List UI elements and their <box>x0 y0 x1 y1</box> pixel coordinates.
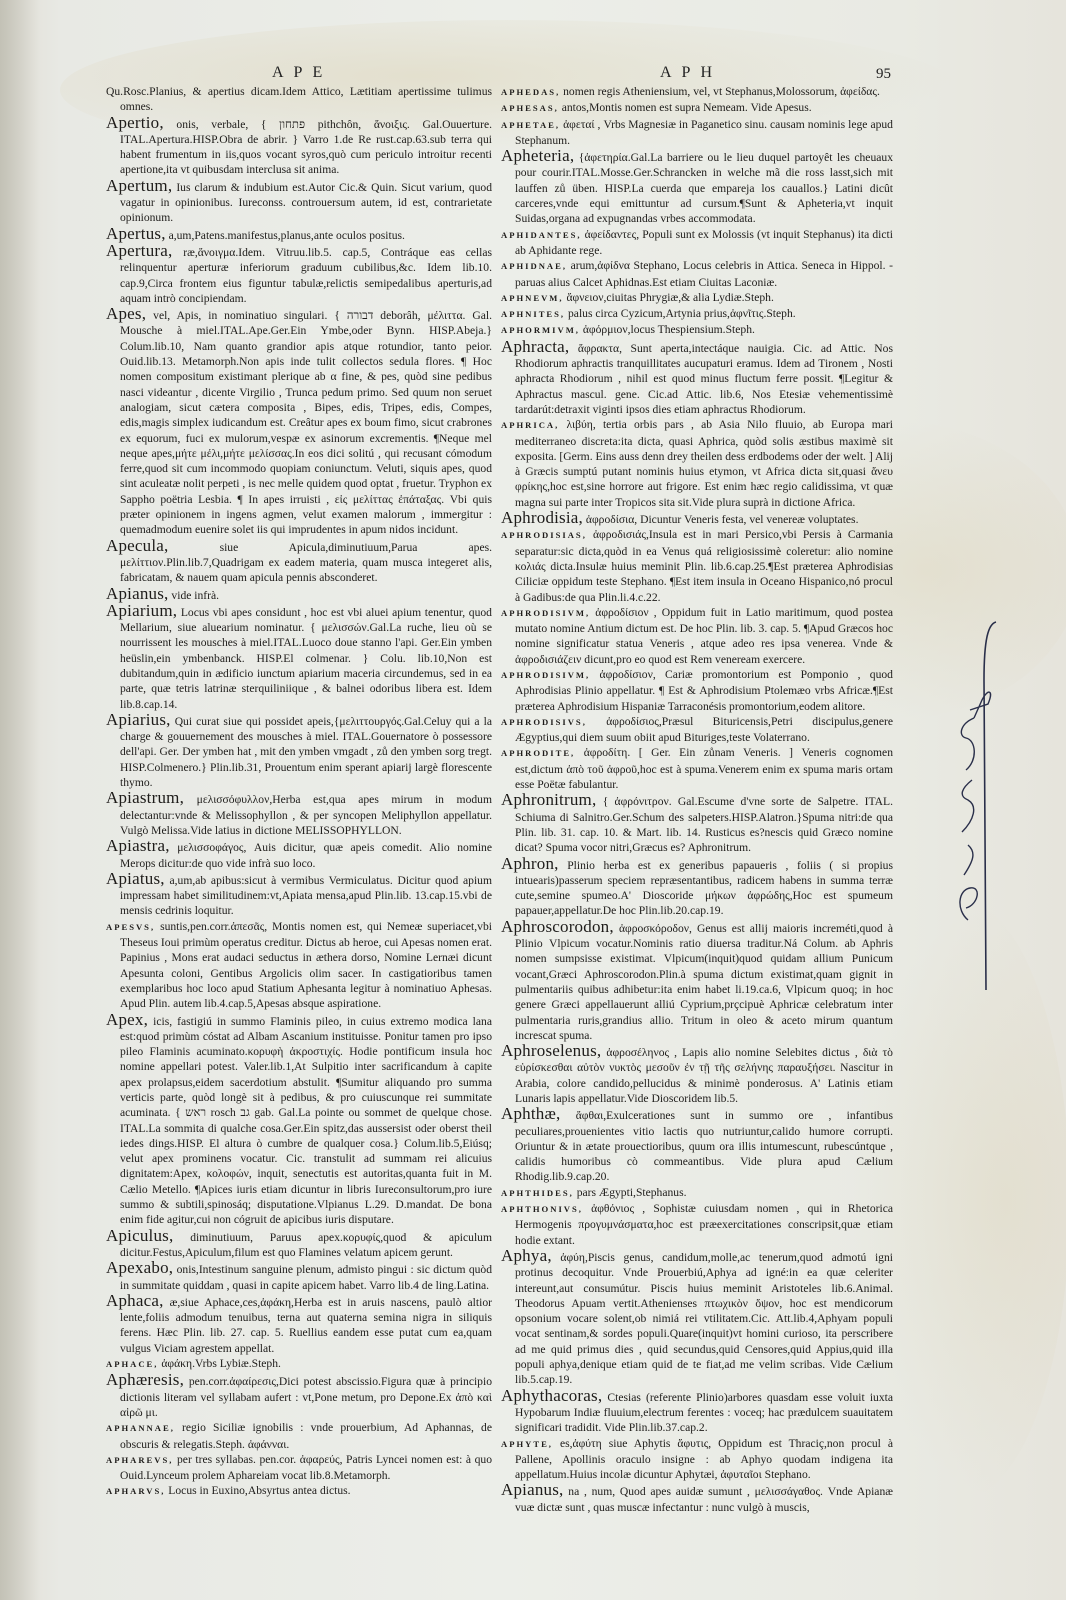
entry-text: regio Siciliæ ignobilis : vnde prouerbiu… <box>120 1421 492 1450</box>
dictionary-entry: Aphrodisia, ἀφροδίσια, Dicuntur Veneris … <box>501 510 893 527</box>
entry-text: λιβύη, tertia orbis pars , ab Asia Nilo … <box>515 418 893 508</box>
entry-text: vide infrà. <box>171 589 219 602</box>
entry-headword: Aphracta, <box>501 337 569 356</box>
entry-headword: APHIDNAE, <box>501 261 567 271</box>
dictionary-entry: APHRODISIVS, ἀφροδίσιος,Præsul Bituricen… <box>501 714 893 746</box>
entry-text: icis, fastigiú in summo Flaminis pileo, … <box>120 1015 492 1227</box>
entry-headword: Apes, <box>106 304 146 323</box>
entry-headword: APHORMIVM, <box>501 325 580 335</box>
entry-text: arum,ἀφίδνα Stephano, Locus celebris in … <box>515 259 893 288</box>
dictionary-entry: Apiatus, a,um,ab apibus:sicut à vermibus… <box>106 871 492 919</box>
entry-text: μελισσοφάγος, Auis dicitur, quæ apeis co… <box>120 841 492 869</box>
entry-headword: APHANNAE, <box>106 1423 175 1433</box>
dictionary-entry: Apiastra, μελισσοφάγος, Auis dicitur, qu… <box>106 838 492 871</box>
entry-text: diminutiuum, Paruus apex.κορυφίς,quod & … <box>120 1231 492 1259</box>
dictionary-entry: APHIDNAE, arum,ἀφίδνα Stephano, Locus ce… <box>501 258 893 290</box>
entry-headword: APHRODISIVM, <box>501 670 590 680</box>
entry-headword: Aphya, <box>501 1246 552 1265</box>
entry-headword: APHESAS, <box>501 103 559 113</box>
entry-headword: APHIDANTES, <box>501 230 582 240</box>
entry-text: antos,Montis nomen est supra Nemeam. Vid… <box>562 101 812 114</box>
entry-headword: APHRODISIVS, <box>501 717 587 727</box>
entry-text: Locus vbi apes considunt , hoc est vbi a… <box>120 606 492 711</box>
entry-headword: APHRODISIAS, <box>501 530 587 540</box>
entry-text: ἄφνειον,ciuitas Phrygiæ,& alia Lydiæ.Ste… <box>566 291 773 304</box>
entry-headword: APHRICA, <box>501 420 559 430</box>
dictionary-entry: Aphron, Plinio herba est ex generibus pa… <box>501 856 893 919</box>
entry-text: ἄφρακτα, Sunt aperta,intectáque nauigia.… <box>515 342 893 416</box>
entry-text: ἀφροσκόροδον, Genus est allij maioris in… <box>515 922 893 1042</box>
dictionary-entry: APHNEVM, ἄφνειον,ciuitas Phrygiæ,& alia … <box>501 290 893 306</box>
entry-headword: APHRODISIVM, <box>501 608 590 618</box>
dictionary-entry: Apiastrum, μελισσόφυλλον,Herba est,qua a… <box>106 790 492 838</box>
entry-text: na , num, Quod apes auidæ sumunt , μελισ… <box>515 1485 893 1513</box>
dictionary-entry: Apertio, onis, verbale, { פתחון pithchôn… <box>106 115 492 178</box>
dictionary-entry: APHARVS, Locus in Euxino,Absyrtus antea … <box>106 1483 492 1499</box>
running-head-right: APH <box>660 64 722 82</box>
entry-headword: APHTHONIVS, <box>501 1204 583 1214</box>
dictionary-entry: APESVS, suntis,pen.corr.ἀπεσᾶς, Montis n… <box>106 919 492 1012</box>
entry-headword: Apiarium, <box>106 601 177 620</box>
entry-headword: Apiastrum, <box>106 788 184 807</box>
entry-headword: Apianus, <box>501 1480 564 1499</box>
entry-text: a,um,ab apibus:sicut à vermibus Vermicul… <box>120 874 492 918</box>
entry-text: Plinio herba est ex generibus papaueris … <box>515 859 893 918</box>
dictionary-entry: APHNITES, palus circa Cyzicum,Artynia pr… <box>501 306 893 322</box>
entry-headword: Aphroselenus, <box>501 1041 601 1060</box>
entry-headword: Apianus, <box>106 584 169 603</box>
dictionary-entry: APHTHIDES, pars Ægypti,Stephanus. <box>501 1185 893 1201</box>
entry-headword: Apertus, <box>106 224 166 243</box>
dictionary-entry: APHAREVS, per tres syllabas. pen.cor. ἀφ… <box>106 1452 492 1484</box>
dictionary-entry: APHYTE, es,ἀφύτη siue Aphytis ἄφυτις, Op… <box>501 1436 893 1483</box>
dictionary-entry: Aphthæ, ἄφθαι,Exulcerationes sunt in sum… <box>501 1106 893 1184</box>
entry-headword: Apiatus, <box>106 869 165 888</box>
entry-headword: APHACE, <box>106 1359 158 1369</box>
entry-headword: Apiculus, <box>106 1226 173 1245</box>
dictionary-entry: Apertura, ræ,ἄνοιγμα.Idem. Vitruu.lib.5.… <box>106 243 492 306</box>
entry-headword: APHEDAS, <box>501 87 560 97</box>
entry-headword: Apertum, <box>106 176 172 195</box>
entry-text: Qui curat siue qui possidet apeis,{μελιτ… <box>120 715 492 789</box>
dictionary-entry: APHRODISIAS, ἀφροδισιάς,Insula est in ma… <box>501 527 893 604</box>
entry-text: onis, verbale, { פתחון pithchôn, ἄνοιξις… <box>120 118 492 177</box>
dictionary-entry: Aphaca, æ,siue Aphace,ces,ἀφάκη,Herba es… <box>106 1293 492 1356</box>
dictionary-entry: Apexabo, onis,Intestinum sanguine plenum… <box>106 1260 492 1293</box>
entry-headword: Aphthæ, <box>501 1104 561 1123</box>
right-column: APHEDAS, nomen regis Atheniensium, vel, … <box>501 84 893 1515</box>
entry-headword: Aphrodisia, <box>501 508 583 527</box>
dictionary-entry: Apianus, na , num, Quod apes auidæ sumun… <box>501 1482 893 1515</box>
entry-headword: Aphythacoras, <box>501 1386 602 1405</box>
entry-text: ἀφάκη.Vrbs Lybiæ.Steph. <box>161 1357 281 1370</box>
entry-text: onis,Intestinum sanguine plenum, admisto… <box>120 1263 492 1291</box>
entry-headword: Apertura, <box>106 241 172 260</box>
dictionary-entry: Aphæresis, pen.corr.ἀφαίρεσις,Dici potes… <box>106 1372 492 1420</box>
handwritten-margin-note <box>948 620 1018 1000</box>
entry-headword: Apexabo, <box>106 1258 173 1277</box>
dictionary-entry: Apiculus, diminutiuum, Paruus apex.κορυφ… <box>106 1228 492 1261</box>
entry-text: es,ἀφύτη siue Aphytis ἄφυτις, Oppidum es… <box>515 1437 893 1482</box>
entry-headword: Apheteria, <box>501 146 574 165</box>
page-number: 95 <box>876 66 891 83</box>
entry-text: Qu.Rosc.Planius, & apertius dicam.Idem A… <box>106 85 492 113</box>
dictionary-entry: Aphracta, ἄφρακτα, Sunt aperta,intectáqu… <box>501 339 893 417</box>
dictionary-entry: APHEDAS, nomen regis Atheniensium, vel, … <box>501 84 893 100</box>
entry-text: ἄφθαι,Exulcerationes sunt in summo ore ,… <box>515 1109 893 1183</box>
dictionary-entry: APHETAE, ἀφεταί , Vrbs Magnesiæ in Pagan… <box>501 117 893 149</box>
entry-headword: Apiarius, <box>106 710 171 729</box>
entry-headword: Apertio, <box>106 113 164 132</box>
entry-text: nomen regis Atheniensium, vel, vt Stepha… <box>563 85 880 98</box>
entry-text: æ,siue Aphace,ces,ἀφάκη,Herba est in aru… <box>120 1296 492 1355</box>
dictionary-entry: APHRICA, λιβύη, tertia orbis pars , ab A… <box>501 417 893 510</box>
entry-headword: APHTHIDES, <box>501 1188 574 1198</box>
dictionary-entry: Qu.Rosc.Planius, & apertius dicam.Idem A… <box>106 84 492 115</box>
dictionary-entry: APHRODITE, ἀφροδίτη. [ Ger. Ein zůnam Ve… <box>501 745 893 792</box>
dictionary-entry: Apex, icis, fastigiú in summo Flaminis p… <box>106 1012 492 1228</box>
dictionary-entry: Aphroscorodon, ἀφροσκόροδον, Genus est a… <box>501 919 893 1043</box>
entry-headword: Apecula, <box>106 536 169 555</box>
dictionary-entry: Aphythacoras, Ctesias (referente Plinio)… <box>501 1388 893 1436</box>
dictionary-entry: Apecula, siue Apicula,diminutiuum,Parua … <box>106 538 492 586</box>
entry-headword: APESVS, <box>106 922 155 932</box>
dictionary-entry: Apiarium, Locus vbi apes considunt , hoc… <box>106 603 492 712</box>
dictionary-entry: APHTHONIVS, ἀφθόνιος , Sophistæ cuiusdam… <box>501 1201 893 1248</box>
entry-headword: Aphaca, <box>106 1291 164 1310</box>
dictionary-entry: Aphronitrum, { ἀφρόνιτρον. Gal.Escume d'… <box>501 792 893 855</box>
entry-headword: APHARVS, <box>106 1486 165 1496</box>
entry-text: suntis,pen.corr.ἀπεσᾶς, Montis nomen est… <box>120 920 492 1010</box>
entry-text: siue Apicula,diminutiuum,Parua apes. μελ… <box>120 541 492 585</box>
entry-text: a,um,Patens.manifestus,planus,ante oculo… <box>169 229 405 242</box>
left-column: Qu.Rosc.Planius, & apertius dicam.Idem A… <box>106 84 492 1500</box>
dictionary-entry: Apertum, Ius clarum & indubium est.Autor… <box>106 178 492 226</box>
entry-text: ἀφύη,Piscis genus, candidum,molle,ac ten… <box>515 1251 893 1386</box>
entry-headword: APHNEVM, <box>501 293 564 303</box>
entry-headword: APHETAE, <box>501 120 560 130</box>
dictionary-entry: Apiarius, Qui curat siue qui possidet ap… <box>106 712 492 790</box>
dictionary-entry: Aphya, ἀφύη,Piscis genus, candidum,molle… <box>501 1248 893 1388</box>
entry-text: pars Ægypti,Stephanus. <box>577 1186 687 1199</box>
entry-text: Locus in Euxino,Absyrtus antea dictus. <box>168 1484 350 1497</box>
entry-headword: Apex, <box>106 1010 148 1029</box>
dictionary-entry: APHRODISIVM, ἀφροδίσιον , Oppidum fuit i… <box>501 605 893 667</box>
dictionary-entry: Apes, vel, Apis, in nominatiuo singulari… <box>106 306 492 537</box>
dictionary-entry: APHANNAE, regio Siciliæ ignobilis : vnde… <box>106 1420 492 1452</box>
entry-headword: APHRODITE, <box>501 748 575 758</box>
signature-icon <box>948 620 1018 1000</box>
entry-text: vel, Apis, in nominatiuo singulari. { דב… <box>120 309 492 536</box>
entry-text: palus circa Cyzicum,Artynia prius,ἀφνῖτι… <box>568 307 796 320</box>
entry-headword: Aphæresis, <box>106 1370 184 1389</box>
binding-shadow <box>0 0 40 1600</box>
entry-text: per tres syllabas. pen.cor. ἀφαρεύς, Pat… <box>120 1453 492 1482</box>
entry-headword: Apiastra, <box>106 836 170 855</box>
dictionary-entry: Apheteria, {ἀφετηρία.Gal.La barriere ou … <box>501 148 893 226</box>
running-head-left: APE <box>272 64 332 82</box>
entry-text: ἀφροδίσια, Dicuntur Veneris festa, vel v… <box>586 513 859 526</box>
dictionary-entry: APHESAS, antos,Montis nomen est supra Ne… <box>501 100 893 116</box>
entry-headword: Aphron, <box>501 854 559 873</box>
entry-headword: Aphroscorodon, <box>501 917 614 936</box>
entry-headword: APHNITES, <box>501 309 565 319</box>
entry-headword: Aphronitrum, <box>501 790 596 809</box>
entry-headword: APHAREVS, <box>106 1455 173 1465</box>
entry-text: ræ,ἄνοιγμα.Idem. Vitruu.lib.5. cap.5, Co… <box>120 246 492 305</box>
dictionary-entry: Aphroselenus, ἀφροσέληνος , Lapis alio n… <box>501 1043 893 1106</box>
entry-headword: APHYTE, <box>501 1439 553 1449</box>
entry-text: ἀφεταί , Vrbs Magnesiæ in Paganetico sin… <box>515 118 893 147</box>
entry-text: Ius clarum & indubium est.Autor Cic.& Qu… <box>120 181 492 225</box>
dictionary-page: APE APH 95 Qu.Rosc.Planius, & apertius d… <box>0 0 1066 1600</box>
dictionary-entry: APHRODISIVM, ἀφροδίσιον, Cariæ promontor… <box>501 667 893 714</box>
entry-text: ἀφόρμιον,locus Thespiensium.Steph. <box>583 323 755 336</box>
dictionary-entry: APHIDANTES, ἀφείδαντες, Populi sunt ex M… <box>501 227 893 259</box>
